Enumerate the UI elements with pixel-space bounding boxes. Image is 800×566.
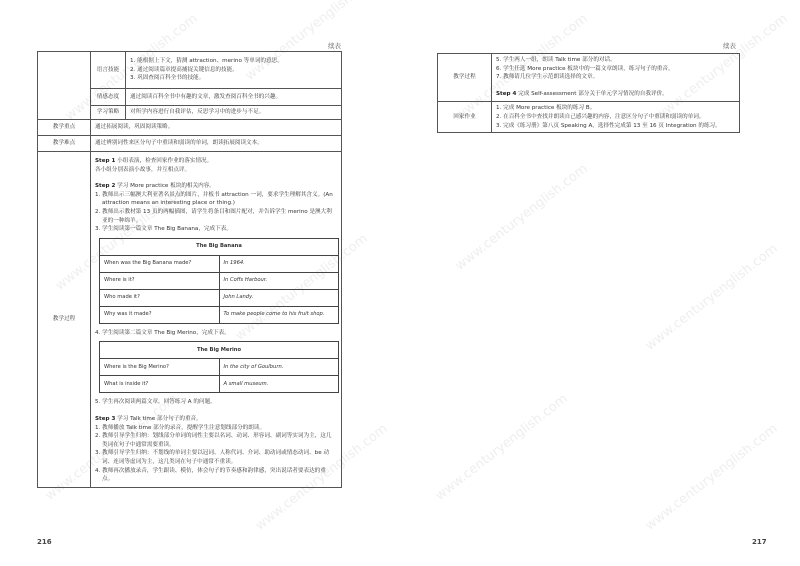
step-text: 学习 Talk time 部分句子的重音。 (117, 416, 202, 422)
row-label: 教学过程 (438, 54, 492, 102)
question-cell: When was the Big Banana made? (100, 255, 220, 272)
list-item: 2. 教师出示教材第 13 页的两幅插图，请学生将条目和图片配对，并告诉学生 m… (95, 208, 337, 225)
difficult-point-content: 通过辨别词性来区分句子中重读和弱读的单词，朗读拓展阅读文本。 (91, 136, 342, 152)
step-text: 小组表演，检查回家作业的落实情况。 (117, 158, 212, 164)
list-item: 2. 教师引导学生归纳：划线部分单词的词性主要以名词、动词、形容词、副词等实词为… (95, 432, 337, 449)
process-content: Step 1 小组表演，检查回家作业的落实情况。 各小组分别表演小故事，并互相点… (91, 152, 342, 488)
row-label: 教学难点 (38, 136, 91, 152)
process-content: 5. 学生两人一组，朗读 Talk time 部分的对话。 6. 学生任选 Mo… (492, 54, 740, 102)
lesson-plan-table: 教学过程 5. 学生两人一组，朗读 Talk time 部分的对话。 6. 学生… (437, 53, 740, 133)
page-number: 217 (752, 538, 767, 546)
question-cell: Why was it made? (100, 306, 220, 323)
emotion-attitude-content: 通过阅读百科全书中有趣的文章，激发查阅百科全书的兴趣。 (126, 89, 342, 106)
step1: Step 1 小组表演，检查回家作业的落实情况。 (95, 157, 337, 166)
row-process: 教学过程 Step 1 小组表演，检查回家作业的落实情况。 各小组分别表演小故事… (38, 152, 342, 488)
list-item: 2. 通过阅读篇章提高捕捉关键信息的技能。 (130, 66, 337, 75)
row-homework: 回家作业 1. 完成 More practice 板块的练习 B。 2. 在百科… (438, 102, 740, 133)
step-title: Step 3 (95, 416, 115, 422)
language-skills-content: 1. 能根据上下文，猜测 attraction、merino 等单词的意思。 2… (126, 52, 342, 89)
answer-cell: In Coffs Harbour. (219, 272, 339, 289)
step-text: 各小组分别表演小故事，并互相点评。 (95, 166, 337, 175)
list-item: 5. 学生两人一组，朗读 Talk time 部分的对话。 (496, 56, 735, 65)
right-page: 续表 教学过程 5. 学生两人一组，朗读 Talk time 部分的对话。 6.… (400, 0, 800, 566)
table-row: Who made it?John Landy. (100, 289, 339, 306)
lesson-plan-table: 语言技能 1. 能根据上下文，猜测 attraction、merino 等单词的… (37, 51, 342, 488)
step-title: Step 1 (95, 158, 115, 164)
learning-strategy-content: 对所学内容进行自我评估，反思学习中的进步与不足。 (126, 106, 342, 120)
list-item: 1. 能根据上下文，猜测 attraction、merino 等单词的意思。 (130, 57, 337, 66)
row-key-point: 教学重点 通过拓展阅读，巩固阅读策略。 (38, 120, 342, 136)
key-point-content: 通过拓展阅读，巩固阅读策略。 (91, 120, 342, 136)
row-label: 回家作业 (438, 102, 492, 133)
list-item: 4. 学生阅读第二篇文章 The Big Merino，完成下表。 (95, 329, 337, 338)
continuation-label: 续表 (328, 41, 341, 50)
table-row: Where is it?In Coffs Harbour. (100, 272, 339, 289)
list-item: 1. 教师出示三幅澳大利亚著名景点的图片，并板书 attraction 一词，要… (95, 191, 337, 208)
list-item: 2. 在百科全书中查找并朗读自己感兴趣的内容，注意区分句子中重读和弱读的单词。 (496, 113, 735, 122)
list-item: 3. 学生阅读第一篇文章 The Big Banana，完成下表。 (95, 225, 337, 234)
step3: Step 3 学习 Talk time 部分句子的重音。 (95, 415, 337, 424)
question-cell: Where is it? (100, 272, 220, 289)
answer-cell: In 1964. (219, 255, 339, 272)
row-label: 教学过程 (38, 152, 91, 488)
left-page: 续表 语言技能 1. 能根据上下文，猜测 attraction、merino 等… (0, 0, 400, 566)
answer-cell: John Landy. (219, 289, 339, 306)
big-banana-table: The Big Banana When was the Big Banana m… (99, 238, 339, 324)
table-row: Where is the Big Merino?In the city of G… (100, 359, 339, 376)
step-title: Step 4 (496, 91, 516, 97)
row-difficult-point: 教学难点 通过辨别词性来区分句子中重读和弱读的单词，朗读拓展阅读文本。 (38, 136, 342, 152)
page-number: 216 (37, 538, 52, 546)
list-item: 3. 教师引导学生归纳：不划线的单词主要以冠词、人称代词、介词、助动词或情态动词… (95, 449, 337, 466)
homework-content: 1. 完成 More practice 板块的练习 B。 2. 在百科全书中查找… (492, 102, 740, 133)
row-label: 语言技能 (91, 52, 126, 89)
table-row: When was the Big Banana made?In 1964. (100, 255, 339, 272)
list-item: 1. 完成 More practice 板块的练习 B。 (496, 104, 735, 113)
step-text: 完成 Self-assessment 部分关于单元学习情况的自我评价。 (518, 91, 668, 97)
list-item: 3. 巩固查阅百科全书的技能。 (130, 74, 337, 83)
table-title: The Big Merino (100, 342, 339, 359)
step-title: Step 2 (95, 183, 115, 189)
step4: Step 4 完成 Self-assessment 部分关于单元学习情况的自我评… (496, 90, 735, 99)
objectives-cell (38, 52, 91, 120)
table-title: The Big Banana (100, 238, 339, 255)
list-item: 5. 学生再次阅读两篇文章，回答练习 A 的问题。 (95, 398, 337, 407)
step2: Step 2 学习 More practice 板块的相关内容。 (95, 182, 337, 191)
question-cell: What is inside it? (100, 376, 220, 393)
step-text: 学习 More practice 板块的相关内容。 (117, 183, 215, 189)
row-label: 学习策略 (91, 106, 126, 120)
big-merino-table: The Big Merino Where is the Big Merino?I… (99, 341, 339, 393)
answer-cell: To make people come to his fruit shop. (219, 306, 339, 323)
list-item: 3. 完成《练习册》第八页 Speaking A，选择性完成第 13 至 16 … (496, 122, 735, 131)
table-row: What is inside it?A small museum. (100, 376, 339, 393)
row-label: 教学重点 (38, 120, 91, 136)
table-row: Why was it made?To make people come to h… (100, 306, 339, 323)
list-item: 7. 教师请几位学生示范朗读选择的文章。 (496, 73, 735, 82)
list-item: 6. 学生任选 More practice 板块中的一篇文章朗读，练习句子的重音… (496, 65, 735, 74)
row-language-skills: 语言技能 1. 能根据上下文，猜测 attraction、merino 等单词的… (38, 52, 342, 89)
question-cell: Where is the Big Merino? (100, 359, 220, 376)
row-process: 教学过程 5. 学生两人一组，朗读 Talk time 部分的对话。 6. 学生… (438, 54, 740, 102)
question-cell: Who made it? (100, 289, 220, 306)
answer-cell: A small museum. (219, 376, 339, 393)
row-label: 情感态度 (91, 89, 126, 106)
list-item: 1. 教师播放 Talk time 部分的录音，提醒学生注意划线部分的朗读。 (95, 424, 337, 433)
continuation-label: 续表 (723, 41, 736, 50)
list-item: 4. 教师再次播放录音，学生跟读、模仿，体会句子的节奏感和韵律感，突出说话者要表… (95, 467, 337, 484)
answer-cell: In the city of Goulburn. (219, 359, 339, 376)
